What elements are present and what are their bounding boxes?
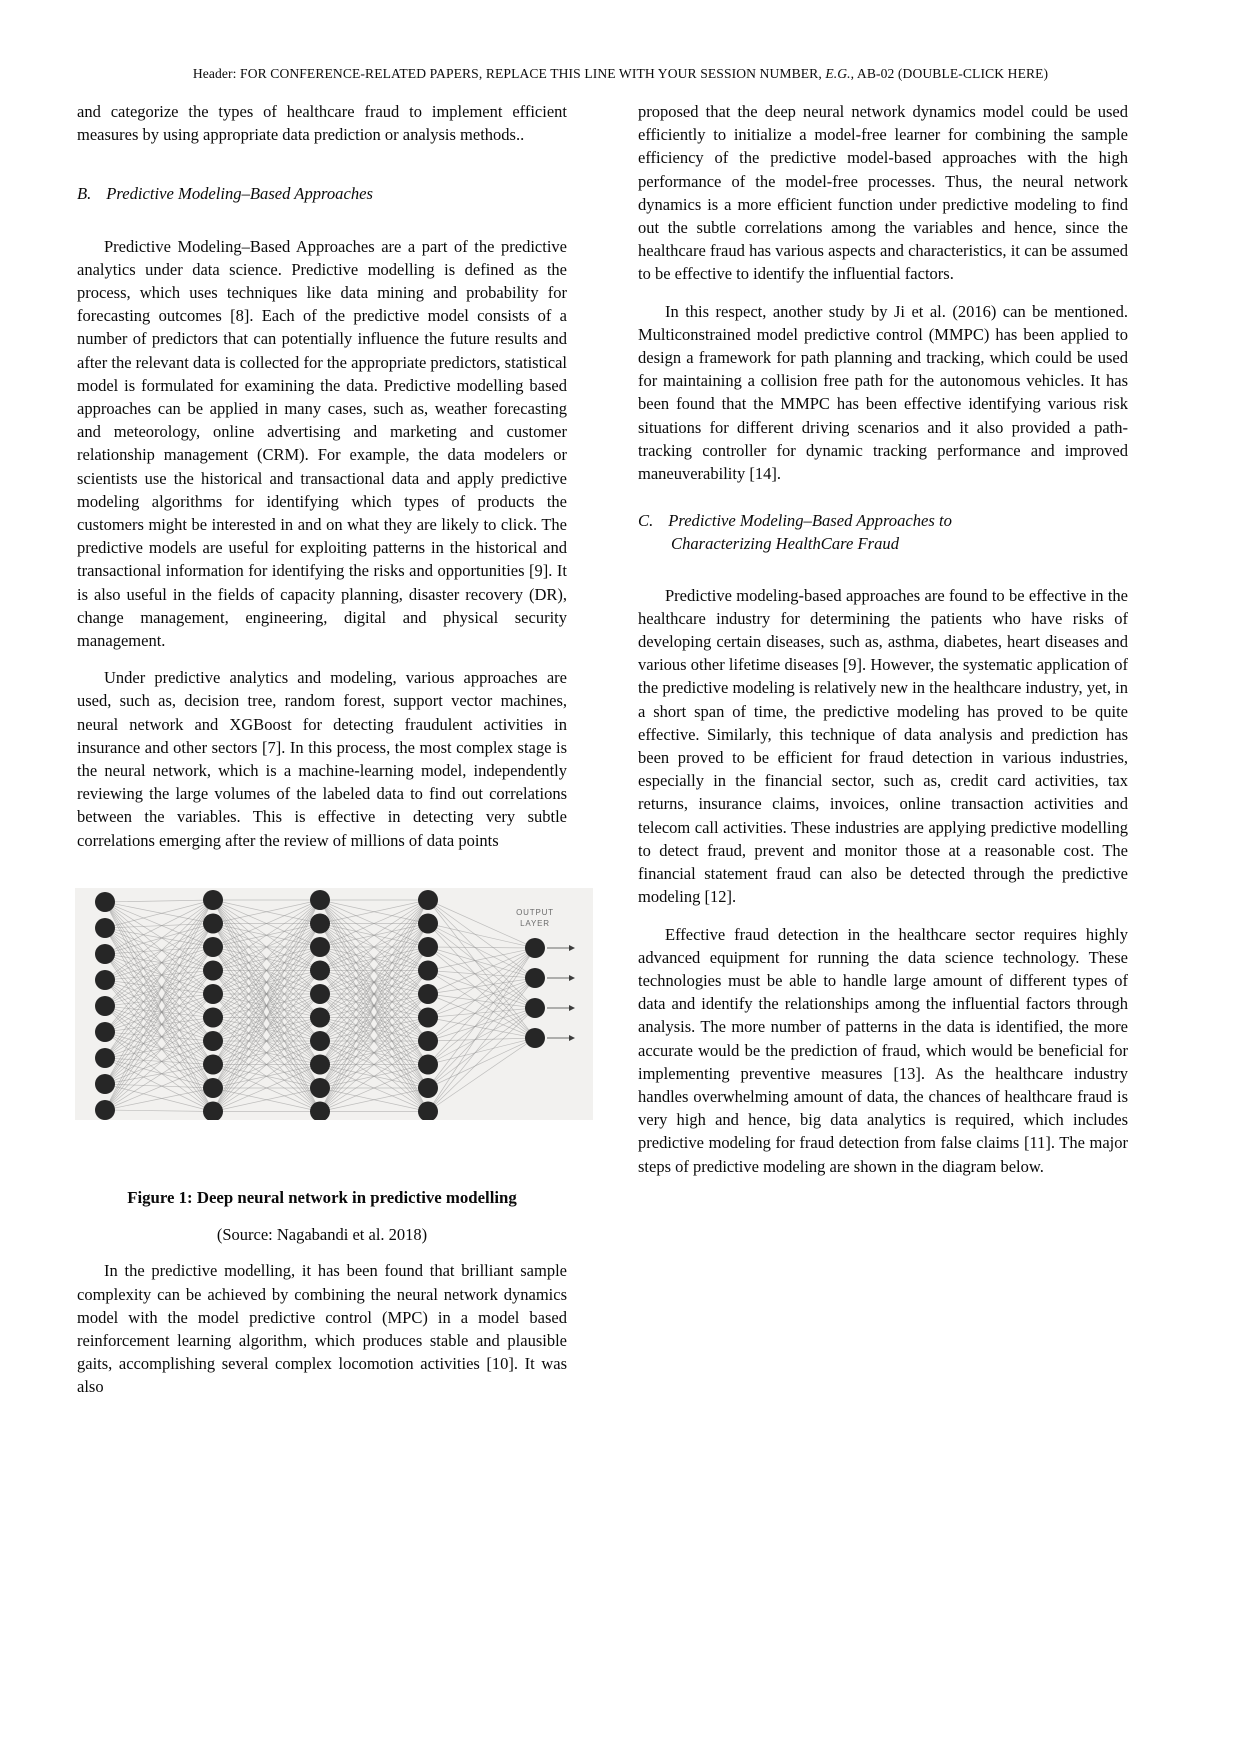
paragraph: Effective fraud detection in the healthc…	[638, 923, 1128, 1178]
section-title: Predictive Modeling–Based Approaches	[106, 184, 373, 203]
section-title-line2: Characterizing HealthCare Fraud	[671, 534, 899, 553]
running-header-prefix: Header: FOR CONFERENCE-RELATED PAPERS, R…	[193, 66, 826, 81]
paragraph-continuation: and categorize the types of healthcare f…	[77, 100, 567, 146]
two-column-body: and categorize the types of healthcare f…	[77, 100, 1128, 1413]
left-column: and categorize the types of healthcare f…	[77, 100, 567, 1413]
running-header[interactable]: Header: FOR CONFERENCE-RELATED PAPERS, R…	[0, 66, 1241, 82]
right-column: proposed that the deep neural network dy…	[638, 100, 1128, 1413]
section-heading-c: C.Predictive Modeling–Based Approaches t…	[638, 509, 1128, 555]
section-label: B.	[77, 184, 91, 203]
svg-text:LAYER: LAYER	[520, 919, 550, 928]
neural-network-diagram: OUTPUTLAYER	[75, 888, 593, 1120]
paragraph-continuation: proposed that the deep neural network dy…	[638, 100, 1128, 286]
paragraph: Predictive Modeling–Based Approaches are…	[77, 235, 567, 653]
document-page: Header: FOR CONFERENCE-RELATED PAPERS, R…	[0, 0, 1241, 1754]
figure-image: OUTPUTLAYER	[75, 888, 593, 1120]
section-title-line1: Predictive Modeling–Based Approaches to	[668, 511, 952, 530]
figure-source: (Source: Nagabandi et al. 2018)	[77, 1223, 567, 1246]
paragraph: In the predictive modelling, it has been…	[77, 1259, 567, 1398]
section-label: C.	[638, 511, 653, 530]
paragraph: Under predictive analytics and modeling,…	[77, 666, 567, 852]
paragraph: In this respect, another study by Ji et …	[638, 300, 1128, 486]
section-heading-b: B.Predictive Modeling–Based Approaches	[77, 182, 567, 205]
paragraph: Predictive modeling-based approaches are…	[638, 584, 1128, 909]
svg-text:OUTPUT: OUTPUT	[516, 908, 554, 917]
figure-caption: Figure 1: Deep neural network in predict…	[77, 1186, 567, 1209]
running-header-italic: E.G.	[825, 66, 850, 81]
running-header-suffix: , AB-02 (DOUBLE-CLICK HERE)	[851, 66, 1049, 81]
